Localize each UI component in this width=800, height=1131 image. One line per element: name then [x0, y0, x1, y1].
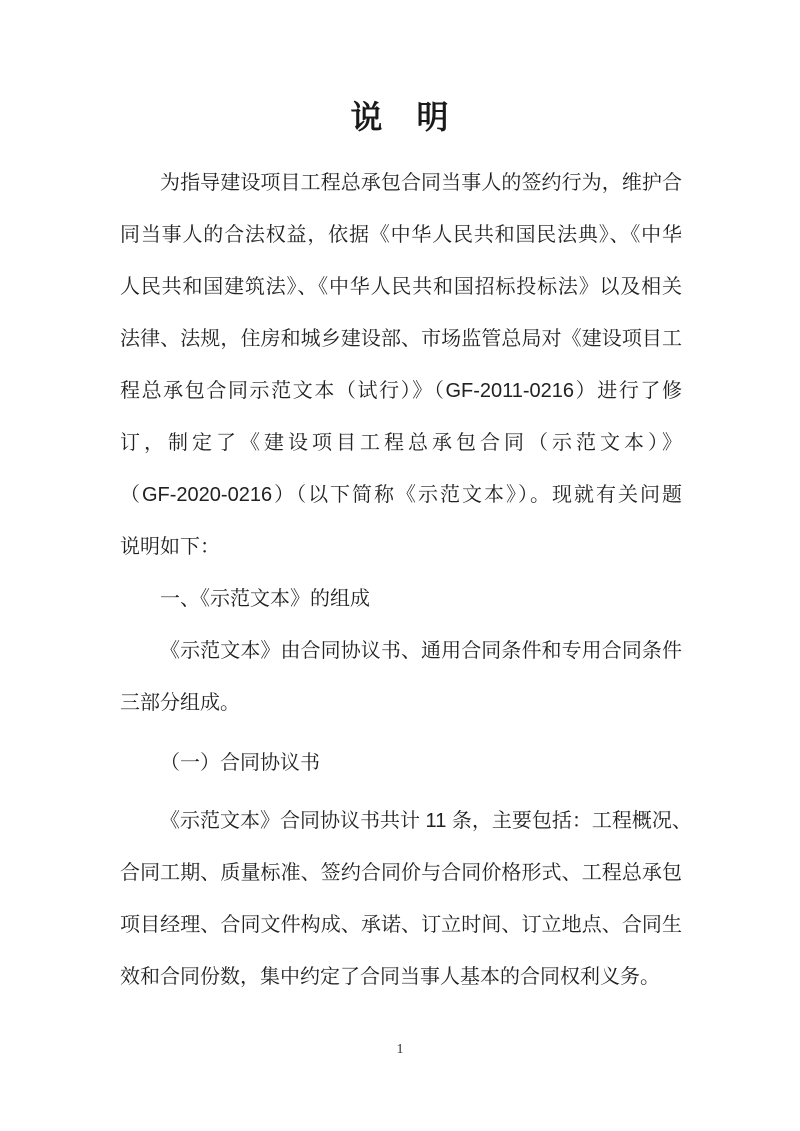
document-page: 说 明 为指导建设项目工程总承包合同当事人的签约行为，维护合 同当事人的合法权益…: [0, 0, 800, 1131]
composition-paragraph: 《示范文本》由合同协议书、通用合同条件和专用合同条件 三部分组成。: [120, 625, 682, 729]
document-body: 为指导建设项目工程总承包合同当事人的签约行为，维护合 同当事人的合法权益，依据《…: [120, 157, 682, 1003]
agreement-line: 合同工期、质量标准、签约合同价与合同价格形式、工程总承包: [120, 847, 682, 899]
agreement-paragraph: 《示范文本》合同协议书共计 11 条，主要包括：工程概况、 合同工期、质量标准、…: [120, 795, 682, 1003]
agreement-line: 效和合同份数，集中约定了合同当事人基本的合同权利义务。: [120, 951, 682, 1003]
intro-line: 为指导建设项目工程总承包合同当事人的签约行为，维护合: [120, 157, 682, 209]
page-title: 说 明: [0, 94, 800, 140]
section-heading-composition: 一、《示范文本》的组成: [120, 573, 682, 625]
composition-line: 三部分组成。: [120, 677, 682, 729]
intro-line: 程总承包合同示范文本（试行）》（GF-2011-0216）进行了修: [120, 365, 682, 417]
intro-line: （GF-2020-0216）（以下简称《示范文本》）。现就有关问题: [120, 469, 682, 521]
intro-line: 同当事人的合法权益，依据《中华人民共和国民法典》、《中华: [120, 209, 682, 261]
subsection-heading-agreement: （一）合同协议书: [120, 737, 682, 789]
intro-line: 人民共和国建筑法》、《中华人民共和国招标投标法》以及相关: [120, 261, 682, 313]
agreement-line: 《示范文本》合同协议书共计 11 条，主要包括：工程概况、: [120, 795, 682, 847]
composition-line: 《示范文本》由合同协议书、通用合同条件和专用合同条件: [120, 625, 682, 677]
intro-line: 法律、法规，住房和城乡建设部、市场监管总局对《建设项目工: [120, 313, 682, 365]
agreement-line: 项目经理、合同文件构成、承诺、订立时间、订立地点、合同生: [120, 899, 682, 951]
intro-line: 说明如下：: [120, 521, 682, 573]
intro-paragraph: 为指导建设项目工程总承包合同当事人的签约行为，维护合 同当事人的合法权益，依据《…: [120, 157, 682, 573]
page-number: 1: [0, 1040, 800, 1060]
intro-line: 订，制定了《建设项目工程总承包合同（示范文本）》: [120, 417, 682, 469]
